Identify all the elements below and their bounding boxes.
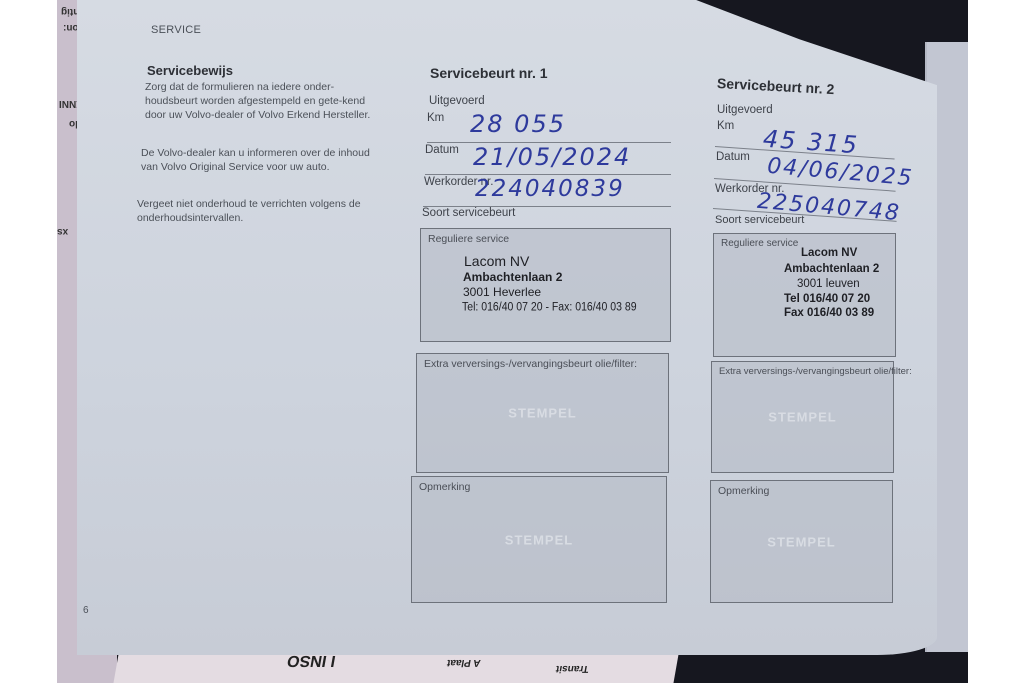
- regular-service-label: Reguliere service: [721, 238, 798, 249]
- intro-paragraph: De Volvo-dealer kan u informeren over de…: [141, 146, 381, 174]
- stamp-name: Lacom NV: [801, 247, 857, 259]
- service-1-extra-box: Extra verversings-/vervangingsbeurt olie…: [416, 353, 669, 473]
- extra-service-label: Extra verversings-/vervangingsbeurt olie…: [424, 358, 637, 370]
- stamp-placeholder: STEMPEL: [417, 406, 668, 421]
- service-1-title: Servicebeurt nr. 1: [430, 65, 548, 81]
- service-1-performed-label: Uitgevoerd: [429, 95, 485, 107]
- stamp-street: Ambachtenlaan 2: [784, 263, 879, 275]
- service-2-km-label: Km: [717, 120, 734, 132]
- booklet-page: SERVICE Servicebewijs Zorg dat de formul…: [77, 0, 937, 655]
- service-2-title: Servicebeurt nr. 2: [717, 75, 835, 97]
- background-text: Transit: [555, 663, 590, 674]
- remark-label: Opmerking: [419, 481, 470, 493]
- stamp-phone-fax: Tel: 016/40 07 20 - Fax: 016/40 03 89: [462, 300, 637, 313]
- regular-service-label: Reguliere service: [428, 233, 509, 245]
- extra-service-label: Extra verversings-/vervangingsbeurt olie…: [719, 366, 912, 377]
- intro-paragraph: Vergeet niet onderhoud te verrichten vol…: [137, 197, 377, 225]
- stamp-placeholder: STEMPEL: [711, 534, 892, 549]
- service-1-km-value: 28 055: [470, 110, 566, 138]
- service-2-performed-label: Uitgevoerd: [717, 104, 773, 116]
- page-number: 6: [83, 605, 89, 616]
- photo-scene: nachtig rsoon: KENNI do xs I INSO A Plaa…: [57, 0, 968, 683]
- stamp-city: 3001 Heverlee: [463, 285, 541, 299]
- service-1-km-label: Km: [427, 112, 444, 124]
- service-2-remark-box: Opmerking STEMPEL: [710, 480, 893, 603]
- service-1-date-label: Datum: [425, 144, 459, 156]
- remark-label: Opmerking: [718, 485, 769, 497]
- background-text: xs: [57, 226, 68, 237]
- service-1-regular-box: Reguliere service Lacom NV Ambachtenlaan…: [420, 228, 671, 342]
- section-label: SERVICE: [151, 24, 201, 36]
- stamp-placeholder: STEMPEL: [412, 532, 666, 547]
- stamp-city: 3001 leuven: [797, 278, 860, 290]
- service-1-date-value: 21/05/2024: [473, 143, 631, 171]
- service-1-work-order-value: 224040839: [475, 176, 625, 202]
- stamp-name: Lacom NV: [464, 253, 529, 269]
- service-1-type-label: Soort servicebeurt: [422, 207, 515, 219]
- service-2-regular-box: Reguliere service Lacom NV Ambachtenlaan…: [713, 233, 896, 357]
- stamp-phone: Tel 016/40 07 20: [784, 293, 870, 305]
- background-text: A Plaat: [446, 657, 481, 668]
- service-2-type-label: Soort servicebeurt: [715, 214, 804, 226]
- stamp-placeholder: STEMPEL: [712, 410, 893, 425]
- service-1-remark-box: Opmerking STEMPEL: [411, 476, 667, 603]
- intro-title: Servicebewijs: [147, 63, 233, 78]
- intro-paragraph: Zorg dat de formulieren na iedere onder-…: [145, 80, 385, 122]
- service-2-date-label: Datum: [716, 151, 750, 163]
- divider: [425, 174, 671, 175]
- stamp-street: Ambachtenlaan 2: [463, 270, 562, 284]
- service-2-extra-box: Extra verversings-/vervangingsbeurt olie…: [711, 361, 894, 473]
- stamp-fax: Fax 016/40 03 89: [784, 307, 874, 319]
